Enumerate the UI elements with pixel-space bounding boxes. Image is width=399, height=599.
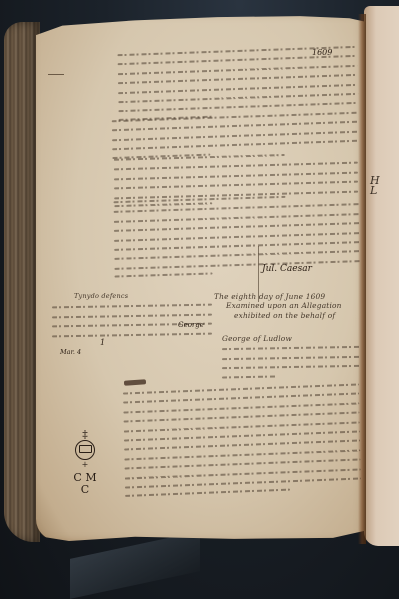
witness-entry: George of Ludlow bbox=[222, 334, 360, 381]
left-note-name: George bbox=[178, 321, 204, 329]
left-note: Tynydo defencs bbox=[52, 292, 212, 339]
left-note-heading: Tynydo defencs bbox=[74, 292, 212, 301]
final-entry bbox=[123, 382, 361, 500]
cross-icon: ‡ bbox=[72, 430, 98, 440]
margin-rule bbox=[48, 74, 64, 75]
book-page-edges bbox=[4, 22, 40, 542]
left-note-date: Mar. 4 bbox=[60, 348, 81, 356]
signature-right: Jul. Caesar bbox=[262, 264, 312, 274]
seal-circle-icon bbox=[75, 440, 95, 460]
witness-name: George of Ludlow bbox=[222, 334, 360, 343]
examined-line-1: Examined upon an Allegation bbox=[226, 301, 364, 310]
entry-1-year: 1609 bbox=[312, 48, 332, 57]
right-page-mark: HL bbox=[370, 176, 380, 196]
entry-4 bbox=[113, 192, 360, 280]
small-cross-icon: + bbox=[72, 460, 98, 470]
emblem-initials-bottom: C bbox=[72, 484, 98, 495]
left-note-numeral: 1 bbox=[100, 338, 105, 347]
deposition-heading: The eighth day of June 1609 Examined upo… bbox=[214, 292, 364, 320]
margin-emblem: ‡ + C M C bbox=[72, 430, 98, 490]
examined-line-2: exhibited on the behalf of bbox=[234, 311, 364, 320]
date-heading: The eighth day of June 1609 bbox=[214, 292, 364, 301]
right-page bbox=[364, 6, 399, 546]
